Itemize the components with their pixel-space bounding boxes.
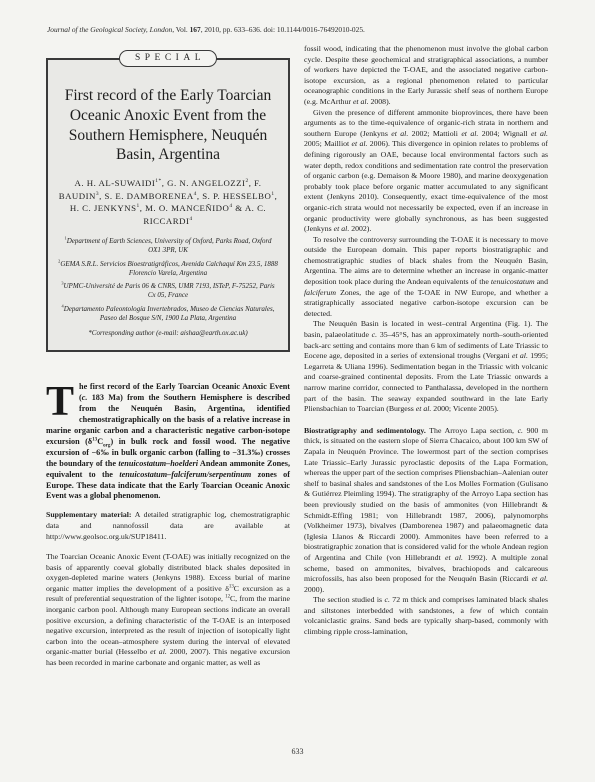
right-column: fossil wood, indicating that the phenome… [304,44,548,669]
abstract: The first record of the Early Toarcian O… [46,382,290,502]
affiliation-3: 3UPMC-Université de Paris 06 & CNRS, UMR… [58,282,278,300]
page-number: 633 [0,747,595,756]
paragraph: To resolve the controversy surrounding t… [304,235,548,320]
running-head: Journal of the Geological Society, Londo… [47,25,550,34]
title-box: SPECIAL First record of the Early Toarci… [46,58,290,352]
paragraph-continuation: fossil wood, indicating that the phenome… [304,44,548,108]
paragraph: Given the presence of different ammonite… [304,108,548,235]
paragraph-intro: The Toarcian Oceanic Anoxic Event (T-OAE… [46,552,290,669]
journal-page: Journal of the Geological Society, Londo… [0,0,595,782]
affiliation-1: 1Department of Earth Sciences, Universit… [58,237,278,255]
affiliation-4: 4Departamento Paleontología Invertebrado… [58,305,278,323]
article-title: First record of the Early Toarcian Ocean… [64,86,272,165]
paragraph: The section studied is c. 72 m thick and… [304,595,548,637]
corresponding-author-note: *Corresponding author (e-mail: aishaa@ea… [58,329,278,338]
left-column: SPECIAL First record of the Early Toarci… [46,44,290,669]
special-badge: SPECIAL [119,50,217,67]
author-list: A. H. AL-SUWAIDI1*, G. N. ANGELOZZI2, F.… [58,177,278,227]
paragraph: The Neuquén Basin is located in west–cen… [304,319,548,414]
two-column-layout: SPECIAL First record of the Early Toarci… [46,44,549,669]
affiliations: 1Department of Earth Sciences, Universit… [58,237,278,338]
supplementary-note: Supplementary material: A detailed strat… [46,510,290,542]
abstract-text: he first record of the Early Toarcian Oc… [46,382,290,500]
drop-cap: T [46,382,79,420]
paragraph-biostratigraphy-section: Biostratigraphy and sedimentology. The A… [304,426,548,596]
affiliation-2: 2GEMA S.R.L. Servicios Bioestratigráfico… [58,260,278,278]
